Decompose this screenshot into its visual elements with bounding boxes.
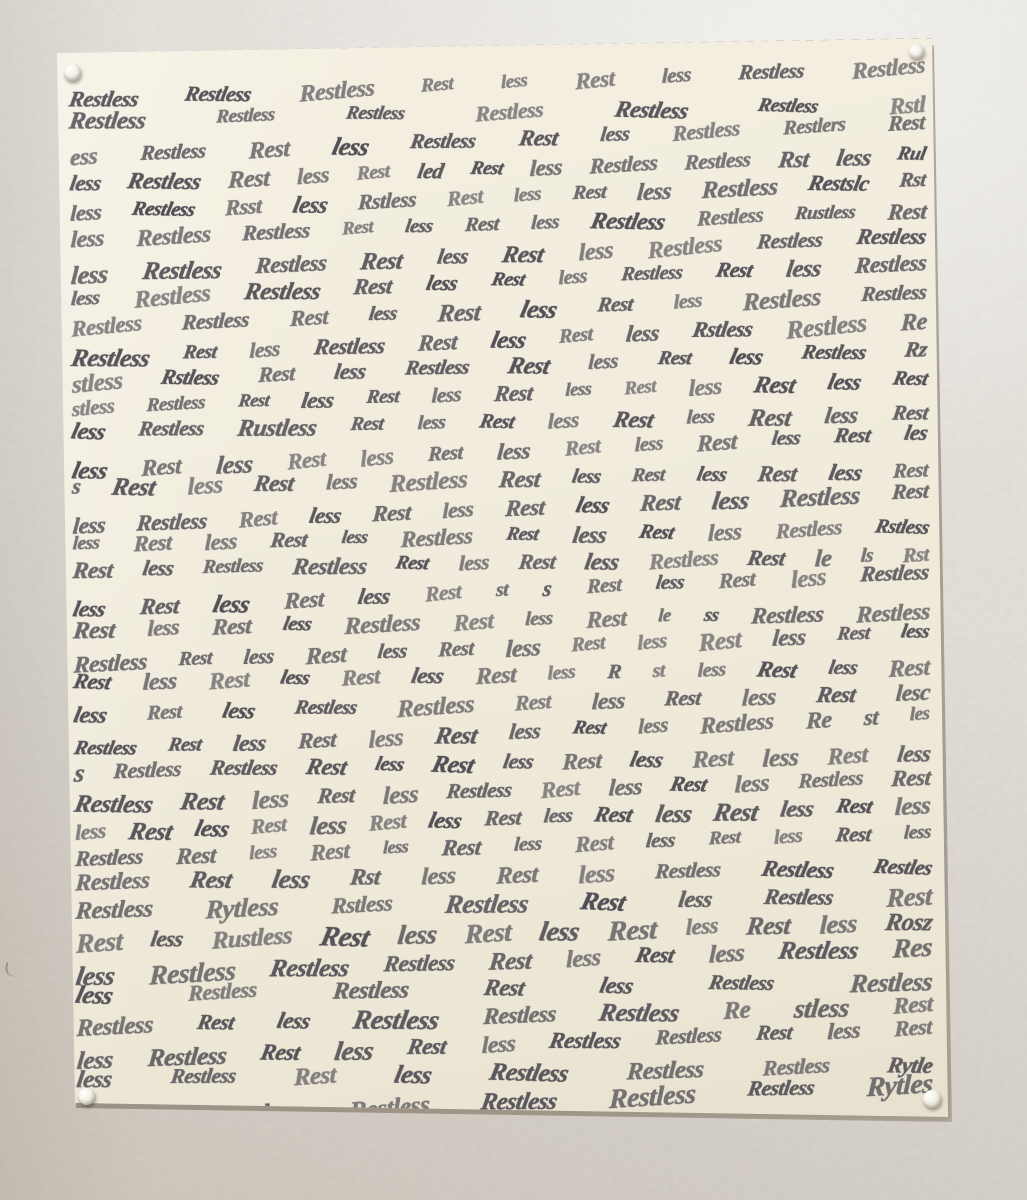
handwritten-word: Restless <box>67 107 147 135</box>
handwritten-word: Rest <box>708 827 740 851</box>
handwritten-word: Restless <box>776 936 860 965</box>
handwritten-word: less <box>634 433 662 458</box>
handwritten-word: Rest <box>493 380 534 407</box>
handwritten-word: Restless <box>137 416 205 442</box>
handwritten-word: Rest <box>433 723 480 751</box>
handwritten-word: less <box>325 468 357 496</box>
handwritten-word: Restless <box>169 1063 237 1089</box>
push-pin-top-right <box>909 44 924 59</box>
handwritten-word: Rest <box>497 466 541 494</box>
handwritten-word: Rest <box>352 273 393 300</box>
handwritten-word: Restless <box>859 559 930 587</box>
handwritten-word: Restless <box>707 970 776 996</box>
handwritten-word: Rstless <box>331 891 393 920</box>
handwritten-word: Rest <box>639 489 682 517</box>
handwritten-word: less <box>220 698 258 725</box>
handwritten-word: Rest <box>570 718 607 740</box>
handwritten-word: Rest <box>436 298 481 327</box>
handwritten-word: less <box>790 564 826 596</box>
handwritten-word: Rest <box>417 329 458 357</box>
handwritten-word: less <box>542 804 573 828</box>
handwritten-word: less <box>548 660 576 685</box>
handwritten-word: Restless <box>854 250 927 279</box>
handwritten-word: Rest <box>575 65 615 96</box>
handwritten-word: Rest <box>895 1014 932 1043</box>
handwritten-word: st <box>496 580 509 603</box>
handwritten-word: Rest <box>505 524 541 546</box>
handwritten-word: Rest <box>357 160 390 185</box>
handwritten-word: led <box>415 159 445 184</box>
handwritten-word: less <box>570 465 602 488</box>
push-pin-bottom-right <box>923 1090 941 1108</box>
handwritten-word: s <box>72 758 86 788</box>
handwritten-word: Rest <box>517 126 560 152</box>
handwritten-word: Rest <box>208 666 249 696</box>
handwritten-word: Restless <box>291 554 368 582</box>
handwritten-word: less <box>376 640 408 664</box>
handwritten-word: less <box>708 939 744 969</box>
handwritten-word: Rest <box>369 807 407 836</box>
handwritten-word: Rest <box>483 805 522 831</box>
handwritten-word: Restless <box>208 755 279 780</box>
handwritten-word: Rest <box>623 376 655 401</box>
handwritten-word: Rest <box>586 574 621 600</box>
handwritten-word: Rest <box>475 662 516 691</box>
handwritten-word: Restless <box>242 278 322 306</box>
handwritten-word: Rustless <box>236 415 319 443</box>
handwritten-word: less <box>392 1059 435 1090</box>
handwritten-word: Rest <box>109 473 157 502</box>
handwritten-word: le <box>658 604 672 627</box>
handwritten-word: Rul <box>896 143 928 165</box>
handwritten-word: Res <box>892 931 933 964</box>
handwritten-word: less <box>565 378 592 402</box>
handwritten-word: Rest <box>631 464 666 487</box>
handwritten-word: less <box>697 658 725 683</box>
handwritten-word: Rest <box>394 553 431 576</box>
handwritten-word: Rest <box>504 493 545 522</box>
handwritten-word: less <box>72 532 100 555</box>
handwritten-word: Restless <box>147 392 206 417</box>
handwritten-word: Rest <box>559 323 593 349</box>
handwritten-word: less <box>435 244 469 269</box>
handwritten-word: Rest <box>468 157 505 179</box>
handwritten-word: Restless <box>797 765 862 794</box>
handwritten-word: Restless <box>547 1028 623 1054</box>
handwritten-word: Restless <box>445 777 513 804</box>
handwritten-word: less <box>710 485 751 516</box>
handwritten-word: Rest <box>440 834 482 861</box>
handwritten-word: less <box>70 287 100 311</box>
handwritten-word: Rstless <box>358 187 417 215</box>
handwritten-word: Rest <box>71 558 114 586</box>
handwritten-word: Rest <box>515 689 551 717</box>
handwritten-word: Rsst <box>225 192 262 221</box>
handwritten-word: Rest <box>365 386 400 409</box>
handwritten-word: Restless <box>756 227 824 254</box>
gallery-wall-photo: RestlessRestlessRestlessRestlessRestless… <box>0 0 1027 1200</box>
handwritten-word: less <box>205 528 238 556</box>
handwritten-word: ss <box>702 604 720 626</box>
handwritten-word: less <box>673 289 701 314</box>
handwritten-word: Restless <box>344 103 406 126</box>
handwritten-word: less <box>688 373 721 403</box>
handwritten-word: Rest <box>489 269 527 291</box>
handwritten-word: Rest <box>147 701 182 726</box>
handwritten-word: Restless <box>403 356 470 380</box>
handwritten-word: Restless <box>684 146 751 175</box>
handwritten-word: Rest <box>571 180 606 204</box>
handwritten-word: Restless <box>737 58 805 85</box>
handwritten-word: less <box>332 358 367 384</box>
handwritten-word: less <box>514 183 541 207</box>
push-pin-top-left <box>64 64 81 81</box>
handwritten-word: less <box>771 624 807 652</box>
handwritten-word: Rest <box>349 414 384 436</box>
handwritten-word: less <box>628 746 666 773</box>
handwritten-word: Rest <box>228 164 271 194</box>
handwritten-word: less <box>530 211 559 235</box>
handwritten-word: less <box>417 411 446 435</box>
handwritten-word: less <box>368 302 399 326</box>
handwritten-word: les <box>910 703 930 727</box>
handwritten-word: Rst <box>777 146 811 174</box>
handwritten-word: Rest <box>834 794 874 819</box>
handwritten-word: Restless <box>409 129 478 155</box>
handwritten-word: less <box>662 64 692 89</box>
handwritten-word: less <box>558 265 587 290</box>
handwritten-word: less <box>290 192 329 219</box>
handwritten-word: Restless <box>242 218 311 246</box>
handwritten-word: less <box>250 336 281 363</box>
handwritten-word: Rest <box>76 925 123 959</box>
handwritten-word: less <box>779 795 816 822</box>
handwritten-word: Restless <box>609 1077 697 1115</box>
handwritten-word: st <box>653 659 665 683</box>
handwritten-word: Restless <box>655 857 722 884</box>
handwritten-word: s <box>71 474 82 499</box>
handwritten-word: less <box>409 663 446 689</box>
handwritten-word: s <box>542 576 554 602</box>
handwritten-word: Restless <box>293 697 359 720</box>
handwritten-word: less <box>548 407 579 435</box>
handwritten-word: Rest <box>427 442 462 467</box>
handwritten-word: Rest <box>251 812 287 840</box>
handwritten-word: Rest <box>294 1061 336 1092</box>
handwritten-word: less <box>529 154 562 182</box>
handwritten-word: Rest <box>437 635 474 662</box>
handwritten-word: Re <box>900 308 927 338</box>
handwritten-word: less <box>373 752 406 776</box>
handwritten-word: Rest <box>564 434 600 463</box>
handwritten-word: less <box>899 620 931 643</box>
handwritten-word: Rstless <box>159 365 222 391</box>
handwritten-word: Restless <box>700 708 774 741</box>
handwritten-word: less <box>496 438 531 467</box>
handwritten-word: less <box>599 124 631 148</box>
handwritten-word: R <box>606 661 622 684</box>
handwritten-word: Restless <box>855 224 928 250</box>
handwritten-word: less <box>773 825 802 850</box>
handwritten-word: less <box>70 225 104 254</box>
handwritten-word: Rest <box>195 1010 236 1035</box>
handwritten-word: Rest <box>571 631 605 657</box>
handwritten-word: less <box>598 972 637 1000</box>
handwritten-word: less <box>329 134 371 163</box>
handwritten-word: less <box>300 387 336 413</box>
handwritten-word: Rest <box>667 771 708 797</box>
handwritten-word: Rest <box>421 73 453 98</box>
handwritten-word: less <box>356 584 392 610</box>
handwritten-word: Rest <box>258 361 295 388</box>
handwritten-word: less <box>297 161 329 190</box>
handwritten-word: less <box>727 344 765 371</box>
handwritten-word: less <box>149 926 185 952</box>
handwritten-word: Rest <box>596 292 634 317</box>
handwritten-word: less <box>431 382 461 409</box>
handwritten-word: less <box>625 320 661 348</box>
handwritten-word: Restless <box>216 104 276 129</box>
handwritten-word: Restless <box>800 341 868 365</box>
handwritten-word: Rest <box>637 521 677 545</box>
handwritten-word: Rest <box>755 1020 794 1046</box>
artwork-paper-sheet: RestlessRestlessRestlessRestlessRestless… <box>56 36 952 1120</box>
handwritten-word: less <box>69 199 101 227</box>
handwritten-word: Rest <box>891 478 929 505</box>
handwritten-word: less <box>570 523 608 550</box>
handwritten-word: Rest <box>290 303 329 332</box>
handwritten-word: less <box>505 634 541 664</box>
handwritten-word: Rest <box>133 529 172 557</box>
handwritten-word: less <box>426 807 464 834</box>
handwritten-word: less <box>826 1017 860 1046</box>
handwritten-word: less <box>573 492 612 519</box>
handwritten-word: Rest <box>425 579 462 608</box>
handwritten-word: less <box>654 572 685 596</box>
handwritten-word: Restless <box>139 139 206 167</box>
handwritten-word: Restless <box>589 149 658 179</box>
handwritten-word: less <box>187 471 222 502</box>
handwritten-word: less <box>382 836 408 859</box>
handwritten-word: less <box>68 419 108 447</box>
handwritten-word: Rest <box>71 669 114 695</box>
handwritten-word: Restless <box>701 173 778 205</box>
handwritten-word: Rest <box>237 390 270 412</box>
handwritten-word: less <box>784 255 822 284</box>
handwritten-word: Rest <box>698 626 742 658</box>
handwritten-word: Rest <box>754 656 799 683</box>
handwritten-word: Restless <box>188 976 257 1006</box>
handwritten-word: Rest <box>633 942 676 969</box>
handwritten-word: Restless <box>860 279 927 306</box>
handwritten-word: less <box>513 833 542 856</box>
handwritten-word: Rest <box>477 411 516 435</box>
handwritten-word: Rest <box>664 686 703 712</box>
handwritten-word: Rest <box>342 217 373 241</box>
handwritten-word: less <box>73 981 116 1011</box>
handwritten-word: less <box>501 749 535 774</box>
handwritten-word: Rest <box>252 470 295 497</box>
handwritten-word: Restless <box>401 522 473 553</box>
handwritten-word: Rest <box>575 829 613 858</box>
handwritten-word: Restless <box>76 1011 154 1043</box>
handwritten-word: Rest <box>269 528 308 554</box>
handwritten-word: less <box>636 178 673 207</box>
handwritten-word: Restless <box>182 307 250 335</box>
handwritten-word: Restless <box>746 1075 816 1101</box>
handwritten-word: Rustless <box>212 922 292 956</box>
handwritten-word: less <box>525 607 553 630</box>
handwritten-word: Rest <box>181 340 218 364</box>
handwritten-word: st <box>863 705 879 732</box>
handwritten-word: Rest <box>836 622 871 645</box>
handwritten-word: Rest <box>517 550 557 575</box>
handwritten-word: Rest <box>751 372 797 400</box>
handwritten-word: less <box>645 830 676 854</box>
handwritten-word: les <box>903 421 931 446</box>
handwritten-word: less <box>404 216 435 238</box>
handwritten-word: less <box>68 171 103 196</box>
handwritten-word: less <box>424 271 460 296</box>
handwritten-word: less <box>825 369 863 396</box>
handwritten-word: Rest <box>834 824 872 847</box>
handwritten-word: Restless <box>136 221 210 253</box>
handwritten-word: less <box>442 497 473 524</box>
handwritten-word: Rest <box>719 567 755 595</box>
handwritten-word: Restless <box>130 198 197 222</box>
handwritten-word: Rest <box>592 801 635 828</box>
handwritten-word: Restless <box>762 884 835 911</box>
handwritten-word: Rustless <box>794 202 857 225</box>
handwritten-word: less <box>249 840 277 865</box>
handwritten-word: Rest <box>697 429 737 459</box>
handwritten-word: Rest <box>890 763 931 792</box>
handwritten-word: Restless <box>74 896 153 927</box>
handwritten-word: Rest <box>341 663 379 692</box>
handwritten-word: Restless <box>71 309 142 342</box>
handwritten-word: Rest <box>303 754 348 782</box>
handwritten-word: Restless <box>620 262 684 287</box>
handwritten-word: less <box>588 348 619 375</box>
handwritten-word: Rest <box>211 613 251 641</box>
handwritten-word: less <box>770 427 802 451</box>
handwritten-word: Rest <box>316 783 355 809</box>
handwritten-word: Restless <box>475 96 543 127</box>
handwritten-word: Rstless <box>691 316 755 343</box>
handwritten-word: less <box>826 657 859 680</box>
handwritten-word: less <box>71 702 109 728</box>
handwritten-word: Rest <box>464 213 500 237</box>
handwritten-word: Rstless <box>873 515 931 539</box>
handwritten-word: less <box>142 668 177 697</box>
handwritten-word: Restlers <box>783 114 846 141</box>
handwritten-word: Restless <box>344 608 420 640</box>
handwritten-word: less <box>140 556 175 581</box>
handwritten-word: Restless <box>112 756 181 784</box>
handwritten-word: less <box>340 528 369 549</box>
handwritten-word: Rest <box>832 423 872 448</box>
handwritten-word: less <box>636 628 666 656</box>
handwritten-word: Rest <box>447 183 484 212</box>
handwritten-word: less <box>281 612 314 635</box>
handwritten-word: Rst <box>898 169 927 193</box>
handwritten-word: Rest <box>406 1034 449 1060</box>
handwritten-word: less <box>147 613 179 641</box>
handwritten-word: less <box>903 821 931 844</box>
handwritten-word: Re <box>805 707 831 736</box>
handwritten-word: Restless <box>331 976 409 1005</box>
handwritten-word: less <box>75 818 106 846</box>
handwritten-word: Rest <box>888 110 926 137</box>
handwritten-word: Rest <box>540 774 580 804</box>
push-pin-bottom-left <box>78 1088 95 1105</box>
handwritten-word: Restless <box>389 465 467 498</box>
handwritten-word: less <box>508 718 542 745</box>
handwritten-word: less <box>501 70 528 95</box>
handwritten-word: Rest <box>891 368 930 392</box>
handwritten-word: Restless <box>775 515 841 545</box>
handwritten-word: less <box>458 550 489 577</box>
handwritten-word: less <box>637 713 667 740</box>
handwritten-word: Rest <box>561 746 601 775</box>
handwritten-word: Restless <box>672 116 740 147</box>
handwritten-word: Restless <box>779 480 861 514</box>
handwritten-word: Restless <box>125 168 203 196</box>
handwritten-text-block: RestlessRestlessRestlessRestlessRestless… <box>69 67 933 1114</box>
handwritten-word: less <box>278 666 312 690</box>
handwritten-word: Restless <box>655 1022 722 1051</box>
handwritten-word: Rest <box>714 258 755 283</box>
handwritten-word: Rest <box>453 607 494 637</box>
handwritten-word: Rest <box>505 353 552 381</box>
handwritten-word: Restless <box>202 556 264 580</box>
handwritten-word: Rst <box>349 864 382 891</box>
handwritten-word: Restles <box>871 854 934 881</box>
handwritten-word: Rest <box>656 348 693 370</box>
handwritten-word: Rest <box>72 616 117 645</box>
handwritten-word: Restslc <box>806 170 872 197</box>
handwritten-word: Rz <box>903 337 928 362</box>
handwritten-word: Restless <box>759 856 836 884</box>
handwritten-word: less <box>275 1008 313 1035</box>
handwritten-word: Rest <box>482 975 527 1002</box>
handwritten-word: less <box>518 296 560 325</box>
